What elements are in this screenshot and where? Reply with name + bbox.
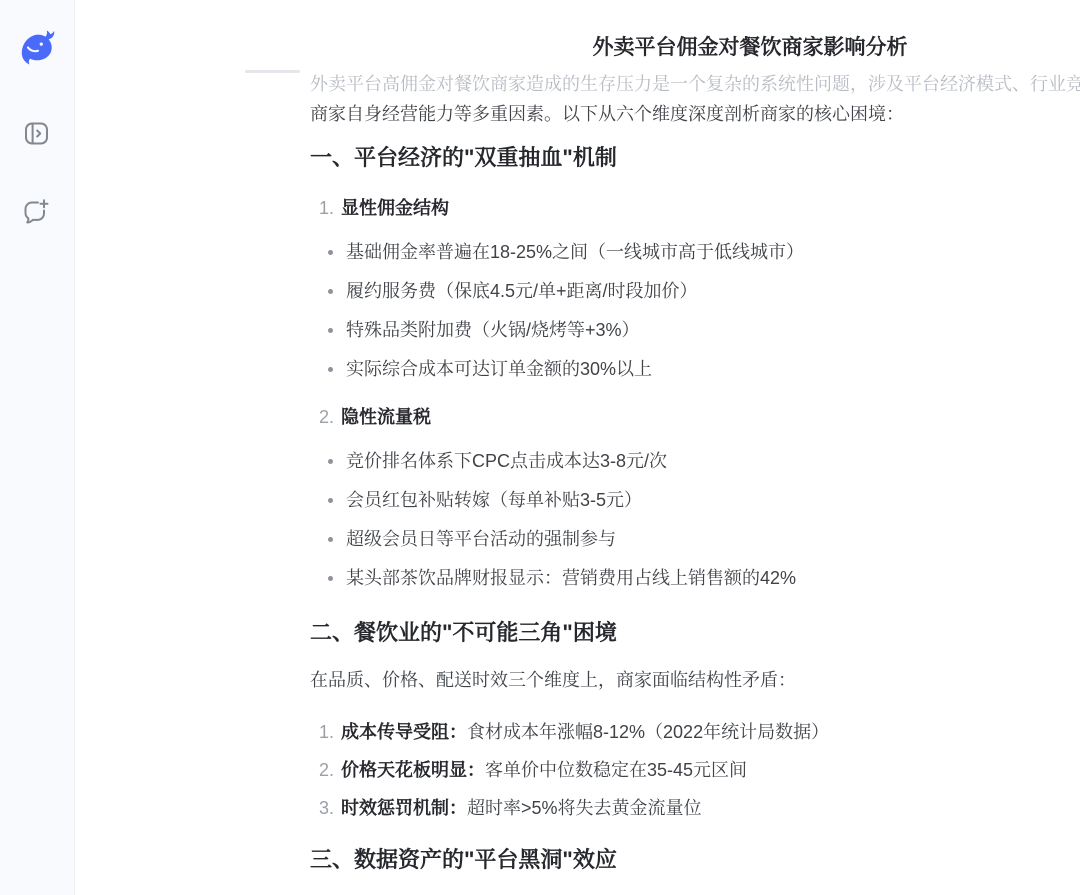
list-item: 某头部茶饮品牌财报显示：营销费用占线上销售额的42% (310, 563, 1080, 593)
new-chat-icon (23, 215, 49, 230)
bullet-dot-icon (328, 289, 333, 294)
list-item: 1. 成本传导受阻：食材成本年涨幅8-12%（2022年统计局数据） (310, 717, 1080, 747)
sidebar-toggle-button[interactable] (24, 120, 49, 147)
list-item: 竞价排名体系下CPC点击成本达3-8元/次 (310, 446, 1080, 476)
new-chat-button[interactable] (23, 198, 49, 227)
list-item-rest: 客单价中位数稳定在35-45元区间 (485, 760, 747, 780)
list-item: 2. 隐性流量税 (310, 402, 1080, 432)
list-item: 1. 显性佣金结构 (310, 193, 1080, 223)
bullet-text: 特殊品类附加费（火锅/烧烤等+3%） (346, 320, 640, 340)
list-item: 特殊品类附加费（火锅/烧烤等+3%） (310, 315, 1080, 345)
bullet-dot-icon (328, 537, 333, 542)
list-number: 1. (310, 193, 334, 223)
list-item: 履约服务费（保底4.5元/单+距离/时段加价） (310, 276, 1080, 306)
list-item-strong: 成本传导受阻： (341, 722, 467, 742)
section-heading-1: 一、平台经济的"双重抽血"机制 (310, 142, 1080, 174)
list-item: 会员红包补贴转嫁（每单补贴3-5元） (310, 485, 1080, 515)
list-item-strong: 价格天花板明显： (341, 760, 485, 780)
bullet-text: 会员红包补贴转嫁（每单补贴3-5元） (346, 490, 642, 510)
section-lead: 在品质、价格、配送时效三个维度上，商家面临结构性矛盾： (310, 665, 1080, 695)
list-item: 3. 时效惩罚机制：超时率>5%将失去黄金流量位 (310, 793, 1080, 823)
list-item-text: 价格天花板明显：客单价中位数稳定在35-45元区间 (341, 755, 747, 785)
list-number: 2. (310, 402, 334, 432)
bullet-dot-icon (328, 328, 333, 333)
bullet-dot-icon (328, 576, 333, 581)
list-item-rest: 超时率>5%将失去黄金流量位 (467, 798, 702, 818)
list-item-title: 隐性流量税 (341, 402, 431, 432)
faded-divider-mark (245, 70, 300, 73)
bullet-text: 超级会员日等平台活动的强制参与 (346, 529, 616, 549)
section-heading-3: 三、数据资产的"平台黑洞"效应 (310, 844, 1080, 876)
bullet-text: 竞价排名体系下CPC点击成本达3-8元/次 (346, 451, 667, 471)
bullet-dot-icon (328, 250, 333, 255)
list-item: 超级会员日等平台活动的强制参与 (310, 524, 1080, 554)
bullet-text: 履约服务费（保底4.5元/单+距离/时段加价） (346, 281, 698, 301)
list-item-rest: 食材成本年涨幅8-12%（2022年统计局数据） (467, 722, 829, 742)
bullet-dot-icon (328, 367, 333, 372)
list-item-text: 时效惩罚机制：超时率>5%将失去黄金流量位 (341, 793, 702, 823)
page-title: 外卖平台佣金对餐饮商家影响分析 (310, 33, 1080, 63)
sidebar-toggle-icon (24, 135, 49, 150)
list-item: 基础佣金率普遍在18-25%之间（一线城市高于低线城市） (310, 237, 1080, 267)
intro-line-faded: 外卖平台高佣金对餐饮商家造成的生存压力是一个复杂的系统性问题，涉及平台经济模式、… (310, 69, 1080, 99)
sidebar (0, 0, 75, 895)
list-number: 3. (310, 793, 334, 823)
bullet-dot-icon (328, 498, 333, 503)
intro-line: 商家自身经营能力等多重因素。以下从六个维度深度剖析商家的核心困境： (310, 99, 1080, 129)
list-number: 1. (310, 717, 334, 747)
list-item-strong: 时效惩罚机制： (341, 798, 467, 818)
bullet-text: 实际综合成本可达订单金额的30%以上 (346, 359, 652, 379)
list-item: 2. 价格天花板明显：客单价中位数稳定在35-45元区间 (310, 755, 1080, 785)
section-heading-2: 二、餐饮业的"不可能三角"困境 (310, 617, 1080, 649)
list-item-title: 显性佣金结构 (341, 193, 449, 223)
chat-message-content: 外卖平台佣金对餐饮商家影响分析 外卖平台高佣金对餐饮商家造成的生存压力是一个复杂… (310, 0, 1080, 876)
bullet-text: 基础佣金率普遍在18-25%之间（一线城市高于低线城市） (346, 242, 804, 262)
list-item: 实际综合成本可达订单金额的30%以上 (310, 354, 1080, 384)
deepseek-whale-icon (16, 28, 58, 66)
bullet-text: 某头部茶饮品牌财报显示：营销费用占线上销售额的42% (346, 568, 796, 588)
list-item-text: 成本传导受阻：食材成本年涨幅8-12%（2022年统计局数据） (341, 717, 829, 747)
list-number: 2. (310, 755, 334, 785)
bullet-dot-icon (328, 459, 333, 464)
